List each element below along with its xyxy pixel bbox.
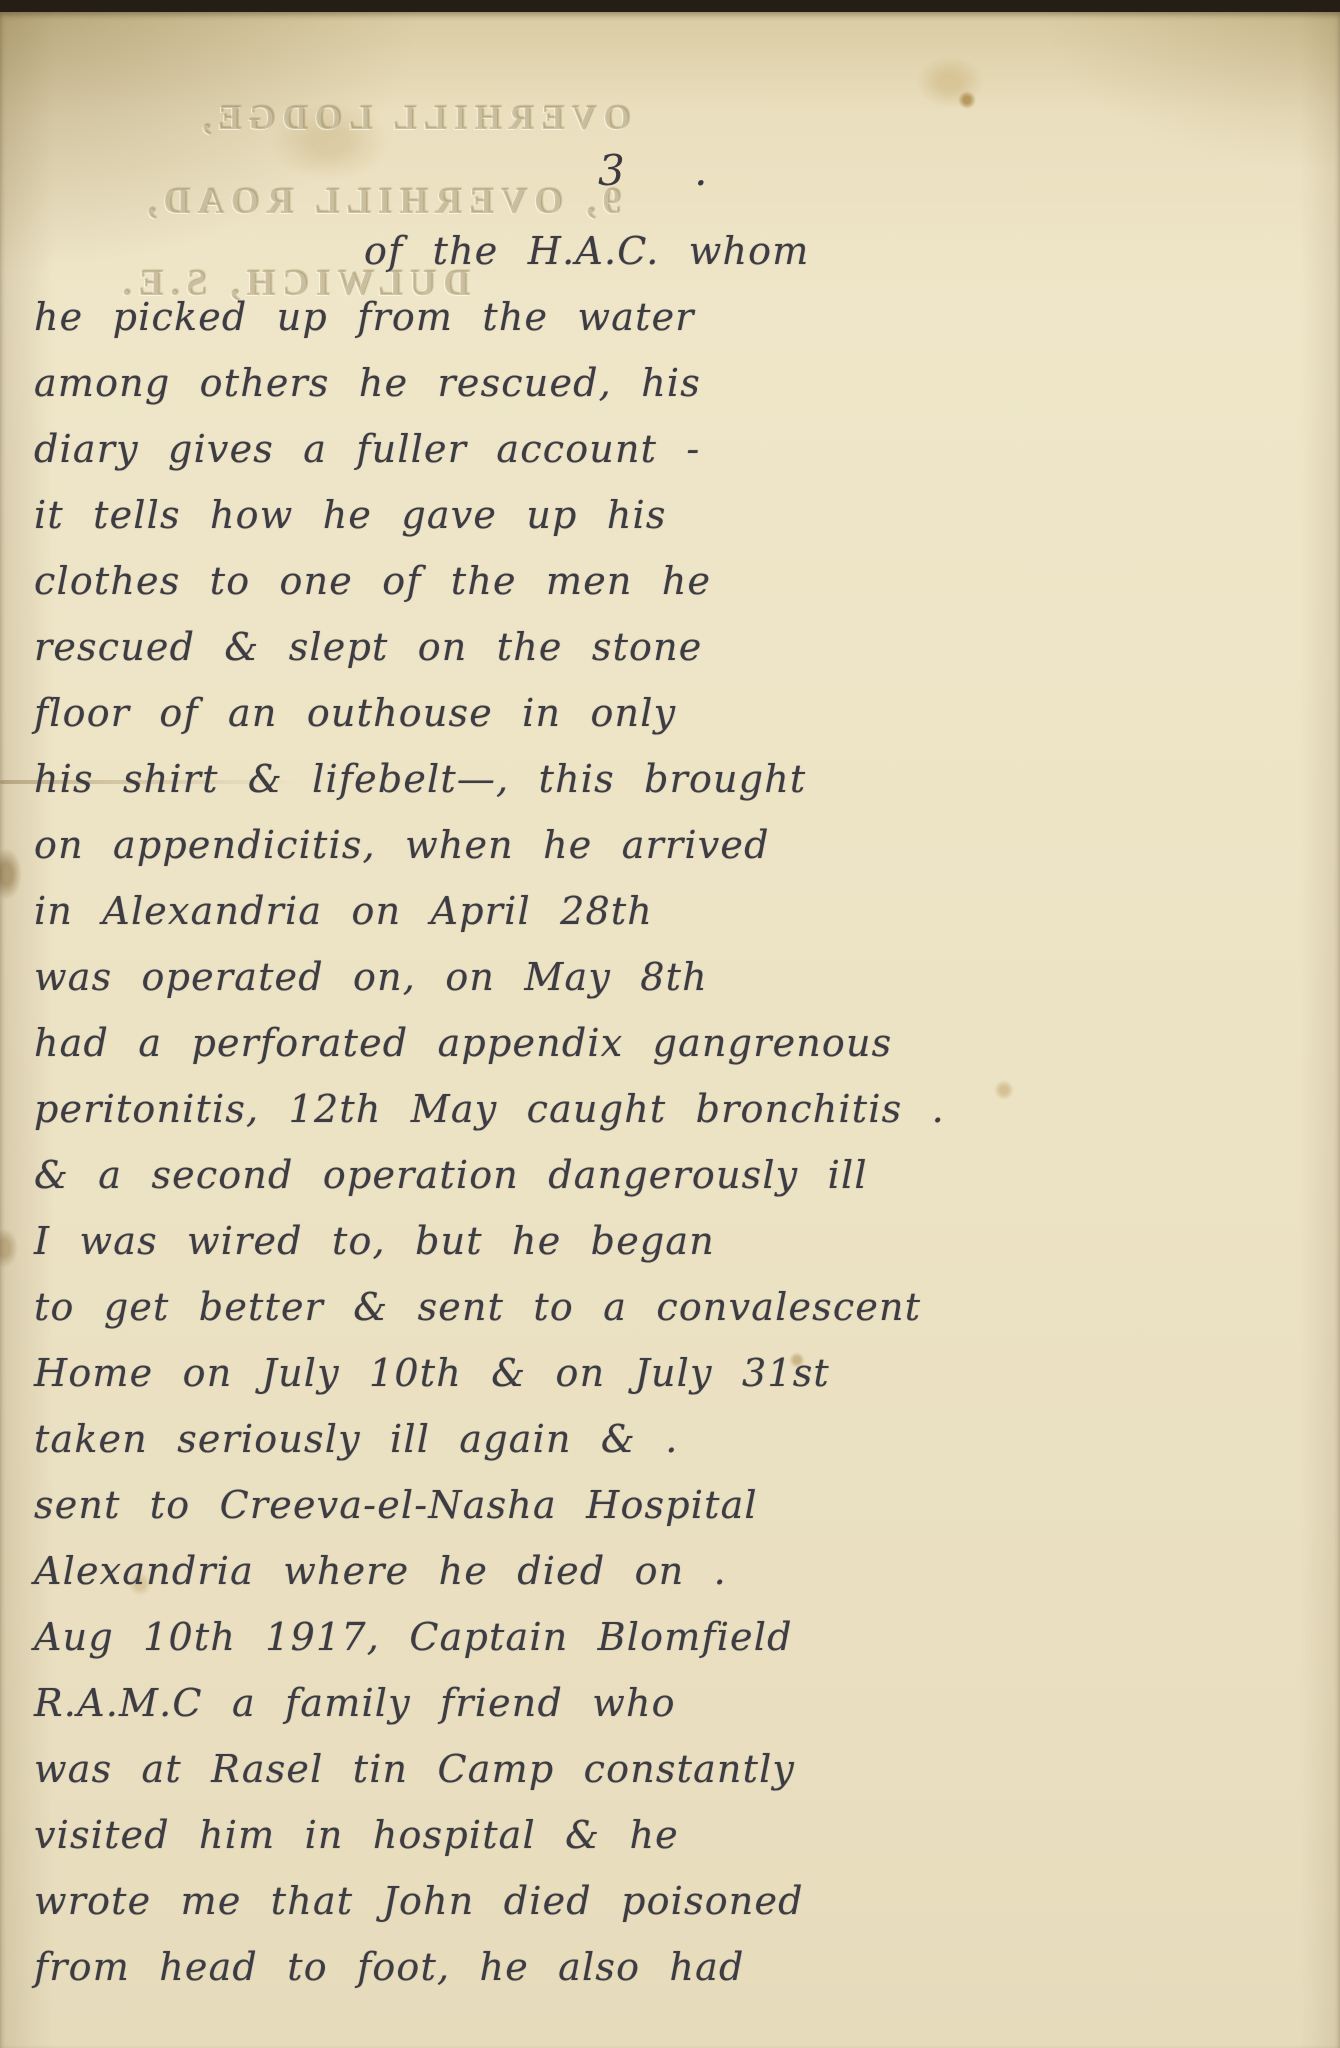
manuscript-line: wrote me that John died poisoned: [34, 1868, 1324, 1934]
manuscript-line: & a second operation dangerously ill: [34, 1142, 1324, 1208]
manuscript-line: floor of an outhouse in only: [34, 680, 1324, 746]
letterhead-bleedthrough-line-2: 9, OVERHILL ROAD,: [140, 180, 621, 223]
manuscript-line: sent to Creeva-el-Nasha Hospital: [34, 1472, 1324, 1538]
page-number: 3 .: [598, 146, 735, 195]
manuscript-line: of the H.A.C. whom: [34, 218, 1324, 284]
manuscript-line: among others he rescued, his: [34, 350, 1324, 416]
manuscript-line: peritonitis, 12th May caught bronchitis …: [34, 1076, 1324, 1142]
scanned-letter-page: OVERHILL LODGE, 9, OVERHILL ROAD, DULWIC…: [0, 0, 1340, 2048]
manuscript-line: had a perforated appendix gangrenous: [34, 1010, 1324, 1076]
manuscript-line: his shirt & lifebelt—, this brought: [34, 746, 1324, 812]
handwritten-text-block: of the H.A.C. whom he picked up from the…: [34, 218, 1324, 2000]
manuscript-line: on appendicitis, when he arrived: [34, 812, 1324, 878]
manuscript-line: clothes to one of the men he: [34, 548, 1324, 614]
manuscript-line: was operated on, on May 8th: [34, 944, 1324, 1010]
letterhead-bleedthrough-line-1: OVERHILL LODGE,: [195, 98, 631, 138]
paper-sheet: OVERHILL LODGE, 9, OVERHILL ROAD, DULWIC…: [0, 12, 1340, 2048]
manuscript-line: Alexandria where he died on .: [34, 1538, 1324, 1604]
manuscript-line: diary gives a fuller account -: [34, 416, 1324, 482]
manuscript-line: to get better & sent to a convalescent: [34, 1274, 1324, 1340]
manuscript-line: I was wired to, but he began: [34, 1208, 1324, 1274]
manuscript-line: R.A.M.C a family friend who: [34, 1670, 1324, 1736]
manuscript-line: was at Rasel tin Camp constantly: [34, 1736, 1324, 1802]
manuscript-line: visited him in hospital & he: [34, 1802, 1324, 1868]
manuscript-line: it tells how he gave up his: [34, 482, 1324, 548]
manuscript-line: from head to foot, he also had: [34, 1934, 1324, 2000]
manuscript-line: rescued & slept on the stone: [34, 614, 1324, 680]
manuscript-line: he picked up from the water: [34, 284, 1324, 350]
manuscript-line: Aug 10th 1917, Captain Blomfield: [34, 1604, 1324, 1670]
manuscript-line: taken seriously ill again & .: [34, 1406, 1324, 1472]
manuscript-line: Home on July 10th & on July 31st: [34, 1340, 1324, 1406]
manuscript-line: in Alexandria on April 28th: [34, 878, 1324, 944]
